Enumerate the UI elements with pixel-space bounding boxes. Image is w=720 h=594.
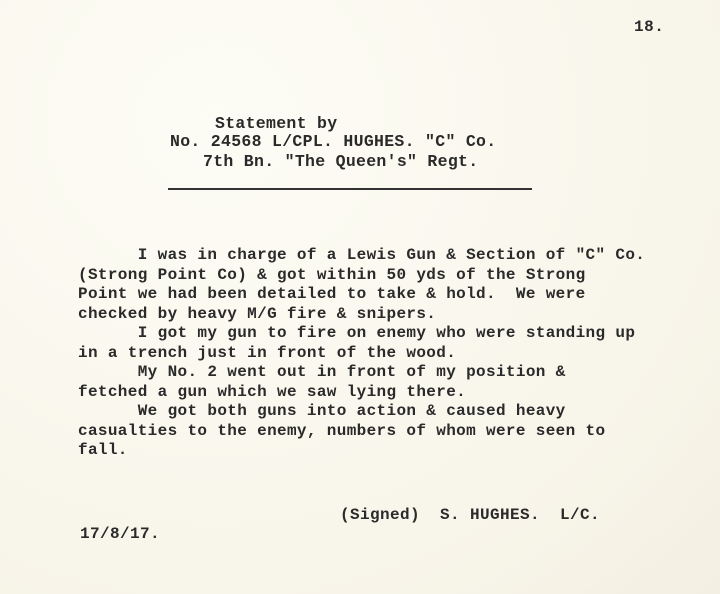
body-line: Point we had been detailed to take & hol… [78,285,718,305]
body-line: fall. [78,441,718,461]
body-line: checked by heavy M/G fire & snipers. [78,305,718,325]
heading-divider [168,188,532,190]
body-line: I got my gun to fire on enemy who were s… [78,324,718,344]
page-number: 18. [634,18,664,36]
body-line: My No. 2 went out in front of my positio… [78,363,718,383]
signature: (Signed) S. HUGHES. L/C. [340,506,600,524]
document-page: 18. Statement by No. 24568 L/CPL. HUGHES… [0,0,720,594]
heading-unit: 7th Bn. "The Queen's" Regt. [203,152,478,172]
body-line: casualties to the enemy, numbers of whom… [78,422,718,442]
body-line: fetched a gun which we saw lying there. [78,383,718,403]
body-line: (Strong Point Co) & got within 50 yds of… [78,266,718,286]
statement-date: 17/8/17. [80,525,160,543]
body-line: We got both guns into action & caused he… [78,402,718,422]
heading-soldier: No. 24568 L/CPL. HUGHES. "C" Co. [170,132,496,152]
body-line: I was in charge of a Lewis Gun & Section… [78,246,718,266]
statement-body: I was in charge of a Lewis Gun & Section… [78,246,718,461]
body-line: in a trench just in front of the wood. [78,344,718,364]
heading-title: Statement by [215,114,337,134]
